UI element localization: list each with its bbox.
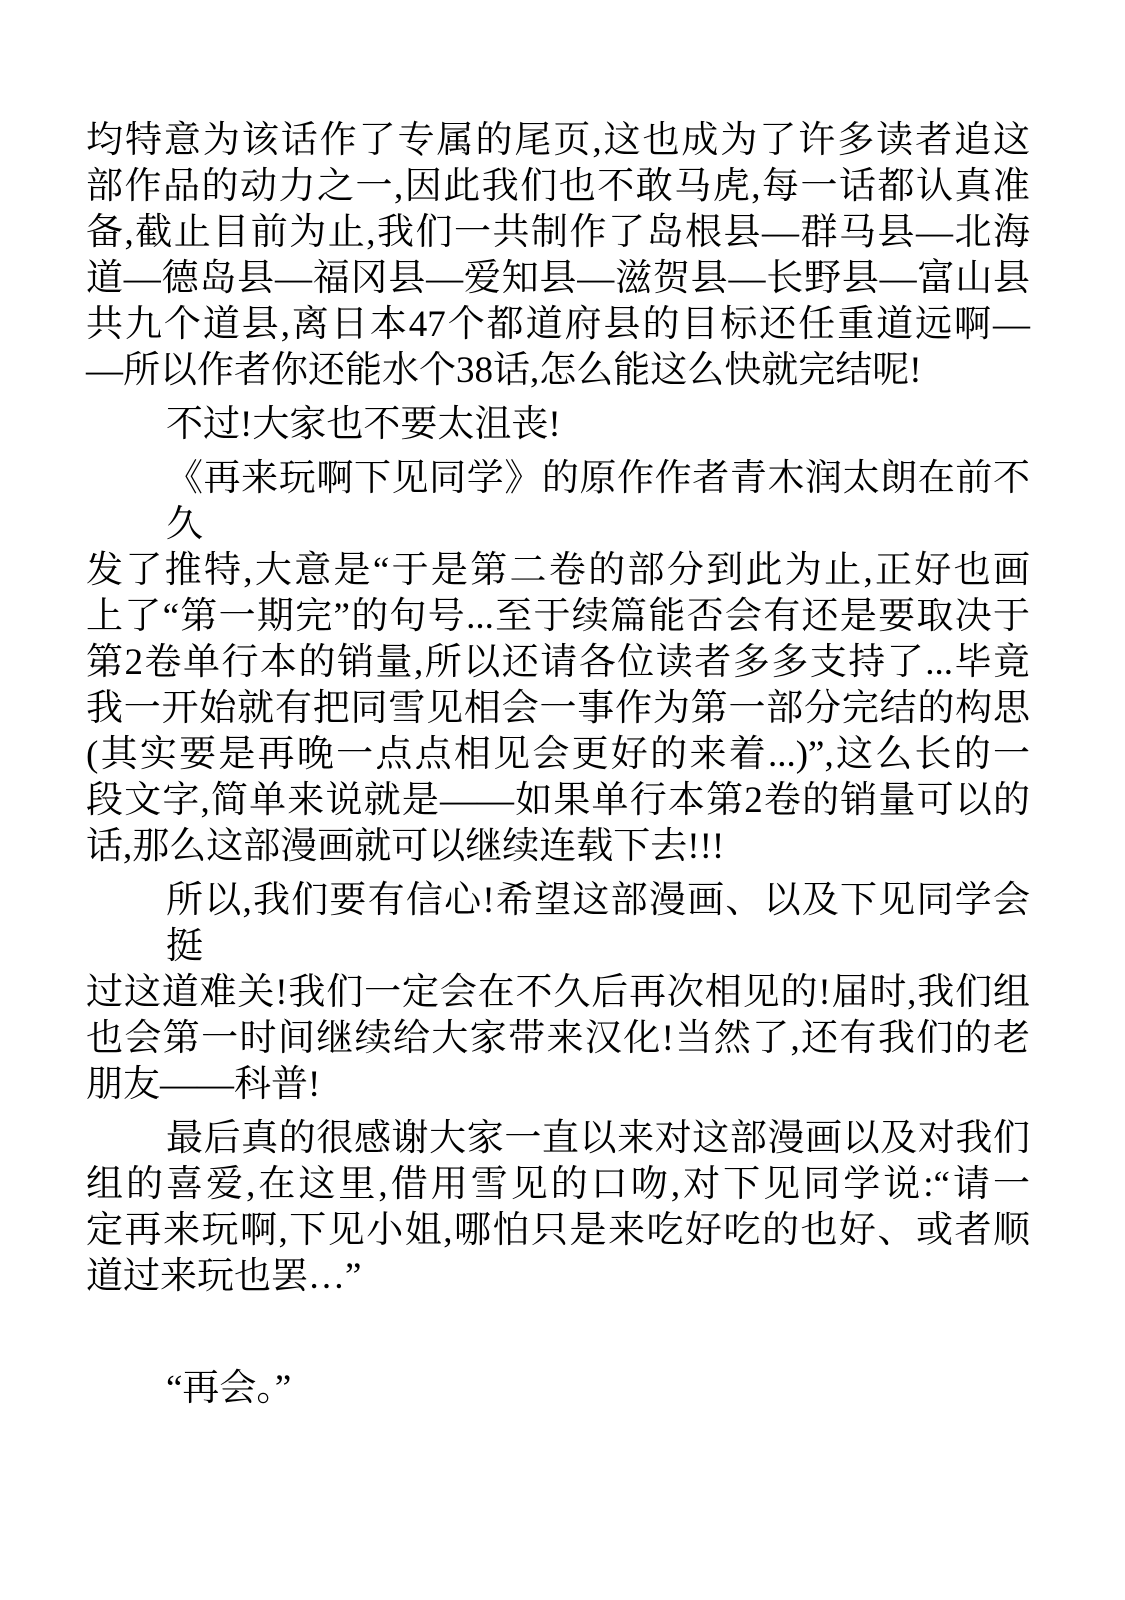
text-line: 话,那么这部漫画就可以继续连载下去!!! [86, 824, 1030, 870]
text-line: 段文字,简单来说就是——如果单行本第2卷的销量可以的 [86, 778, 1030, 824]
text-line: 共九个道县,离日本47个都道府县的目标还任重道远啊— [86, 302, 1030, 348]
text-line: 所以,我们要有信心!希望这部漫画、以及下见同学会挺 [86, 878, 1030, 970]
text-line: 第2卷单行本的销量,所以还请各位读者多多支持了...毕竟 [86, 640, 1030, 686]
paragraph: “再会。” [86, 1366, 1030, 1412]
afterword-page: 均特意为该话作了专属的尾页,这也成为了许多读者追这部作品的动力之一,因此我们也不… [0, 0, 1125, 1600]
paragraph: 最后真的很感谢大家一直以来对这部漫画以及对我们组的喜爱,在这里,借用雪见的口吻,… [86, 1116, 1030, 1300]
text-line: 过这道难关!我们一定会在不久后再次相见的!届时,我们组 [86, 970, 1030, 1016]
text-line: 最后真的很感谢大家一直以来对这部漫画以及对我们 [86, 1116, 1030, 1162]
text-line: 组的喜爱,在这里,借用雪见的口吻,对下见同学说:“请一 [86, 1162, 1030, 1208]
text-line: —所以作者你还能水个38话,怎么能这么快就完结呢! [86, 348, 1030, 394]
text-line: 备,截止目前为止,我们一共制作了岛根县—群马县—北海 [86, 210, 1030, 256]
text-line: 定再来玩啊,下见小姐,哪怕只是来吃好吃的也好、或者顺 [86, 1208, 1030, 1254]
paragraph: 不过!大家也不要太沮丧! [86, 402, 1030, 448]
text-line: 道—德岛县—福冈县—爱知县—滋贺县—长野县—富山县 [86, 256, 1030, 302]
text-line: 上了“第一期完”的句号...至于续篇能否会有还是要取决于 [86, 594, 1030, 640]
text-line: 我一开始就有把同雪见相会一事作为第一部分完结的构思 [86, 686, 1030, 732]
text-line: 部作品的动力之一,因此我们也不敢马虎,每一话都认真准 [86, 164, 1030, 210]
text-line: 《再来玩啊下见同学》的原作作者青木润太朗在前不久 [86, 456, 1030, 548]
text-line: 道过来玩也罢…” [86, 1254, 1030, 1300]
text-line: 不过!大家也不要太沮丧! [86, 402, 1030, 448]
text-line: 也会第一时间继续给大家带来汉化!当然了,还有我们的老 [86, 1016, 1030, 1062]
document-body: 均特意为该话作了专属的尾页,这也成为了许多读者追这部作品的动力之一,因此我们也不… [86, 118, 1030, 1412]
paragraph: 均特意为该话作了专属的尾页,这也成为了许多读者追这部作品的动力之一,因此我们也不… [86, 118, 1030, 394]
paragraph: 所以,我们要有信心!希望这部漫画、以及下见同学会挺过这道难关!我们一定会在不久后… [86, 878, 1030, 1108]
paragraph: 《再来玩啊下见同学》的原作作者青木润太朗在前不久发了推特,大意是“于是第二卷的部… [86, 456, 1030, 870]
text-line: 均特意为该话作了专属的尾页,这也成为了许多读者追这 [86, 118, 1030, 164]
text-line: (其实要是再晚一点点相见会更好的来着...)”,这么长的一 [86, 732, 1030, 778]
text-line: 朋友——科普! [86, 1062, 1030, 1108]
text-line: “再会。” [86, 1366, 1030, 1412]
text-line: 发了推特,大意是“于是第二卷的部分到此为止,正好也画 [86, 548, 1030, 594]
